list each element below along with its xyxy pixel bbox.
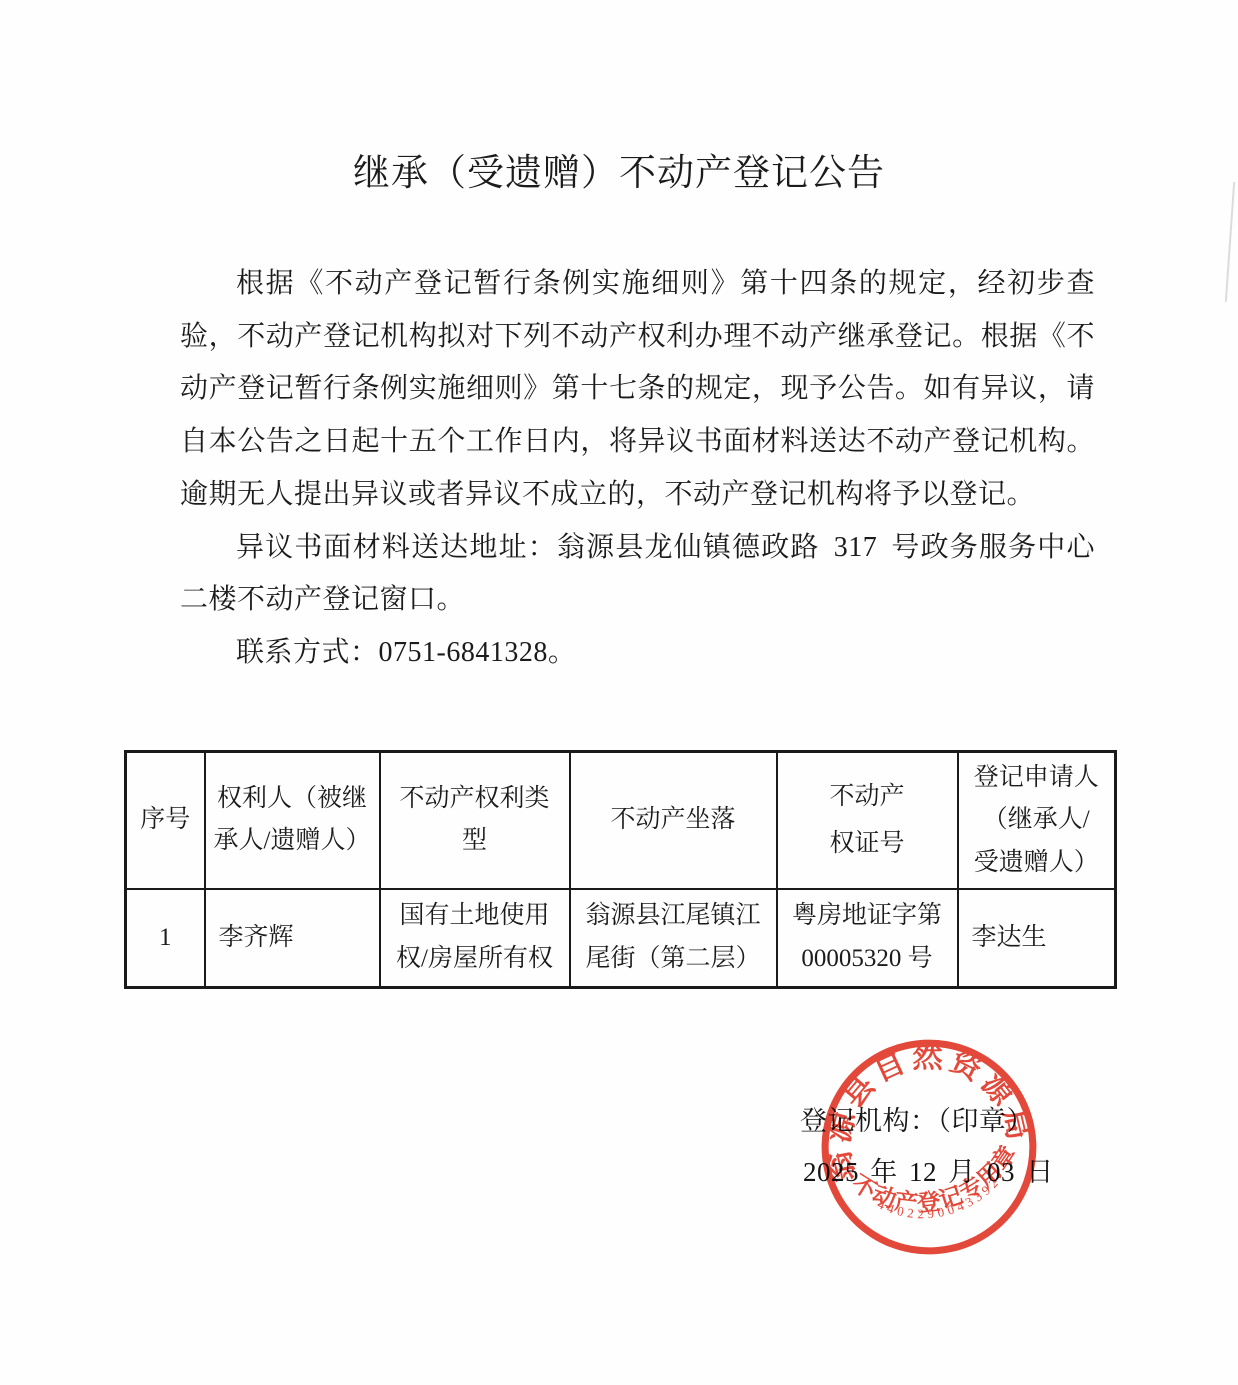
- header-certificate-number: 不动产 权证号: [777, 751, 958, 889]
- cell-certificate-number: 粤房地证字第 00005320 号: [777, 889, 958, 987]
- registration-table: 序号 权利人（被继 承人/遗赠人） 不动产权利类 型 不动产坐落 不动产 权证号…: [124, 750, 1117, 989]
- scan-artifact-line: [1225, 182, 1235, 302]
- announcement-paragraph: 根据《不动产登记暂行条例实施细则》第十四条的规定，经初步查验，不动产登记机构拟对…: [180, 258, 1095, 522]
- table-row: 1 李齐辉 国有土地使用 权/房屋所有权 翁源县江尾镇江 尾街（第二层） 粤房地…: [126, 889, 1116, 987]
- header-property-location: 不动产坐落: [570, 751, 777, 889]
- cell-property-location: 翁源县江尾镇江 尾街（第二层）: [570, 889, 777, 987]
- table-header-row: 序号 权利人（被继 承人/遗赠人） 不动产权利类 型 不动产坐落 不动产 权证号…: [126, 751, 1116, 889]
- official-seal: 翁源县自然资源局 不动产登记专用章 4402290043392: [785, 1003, 1072, 1290]
- contact-paragraph: 联系方式：0751-6841328。: [180, 627, 1095, 680]
- header-right-type: 不动产权利类 型: [380, 751, 570, 889]
- document-page: 继承（受遗赠）不动产登记公告 根据《不动产登记暂行条例实施细则》第十四条的规定，…: [0, 0, 1238, 1385]
- header-applicant: 登记申请人 （继承人/ 受遗赠人）: [958, 751, 1116, 889]
- address-paragraph: 异议书面材料送达地址：翁源县龙仙镇德政路 317 号政务服务中心二楼不动产登记窗…: [180, 522, 1095, 627]
- header-serial-number: 序号: [126, 751, 205, 889]
- header-right-holder: 权利人（被继 承人/遗赠人）: [205, 751, 380, 889]
- cell-applicant: 李达生: [958, 889, 1116, 987]
- page-title: 继承（受遗赠）不动产登记公告: [0, 0, 1238, 200]
- cell-right-holder: 李齐辉: [205, 889, 380, 987]
- cell-right-type: 国有土地使用 权/房屋所有权: [380, 889, 570, 987]
- cell-serial-number: 1: [126, 889, 205, 987]
- announcement-body: 根据《不动产登记暂行条例实施细则》第十四条的规定，经初步查验，不动产登记机构拟对…: [180, 258, 1095, 680]
